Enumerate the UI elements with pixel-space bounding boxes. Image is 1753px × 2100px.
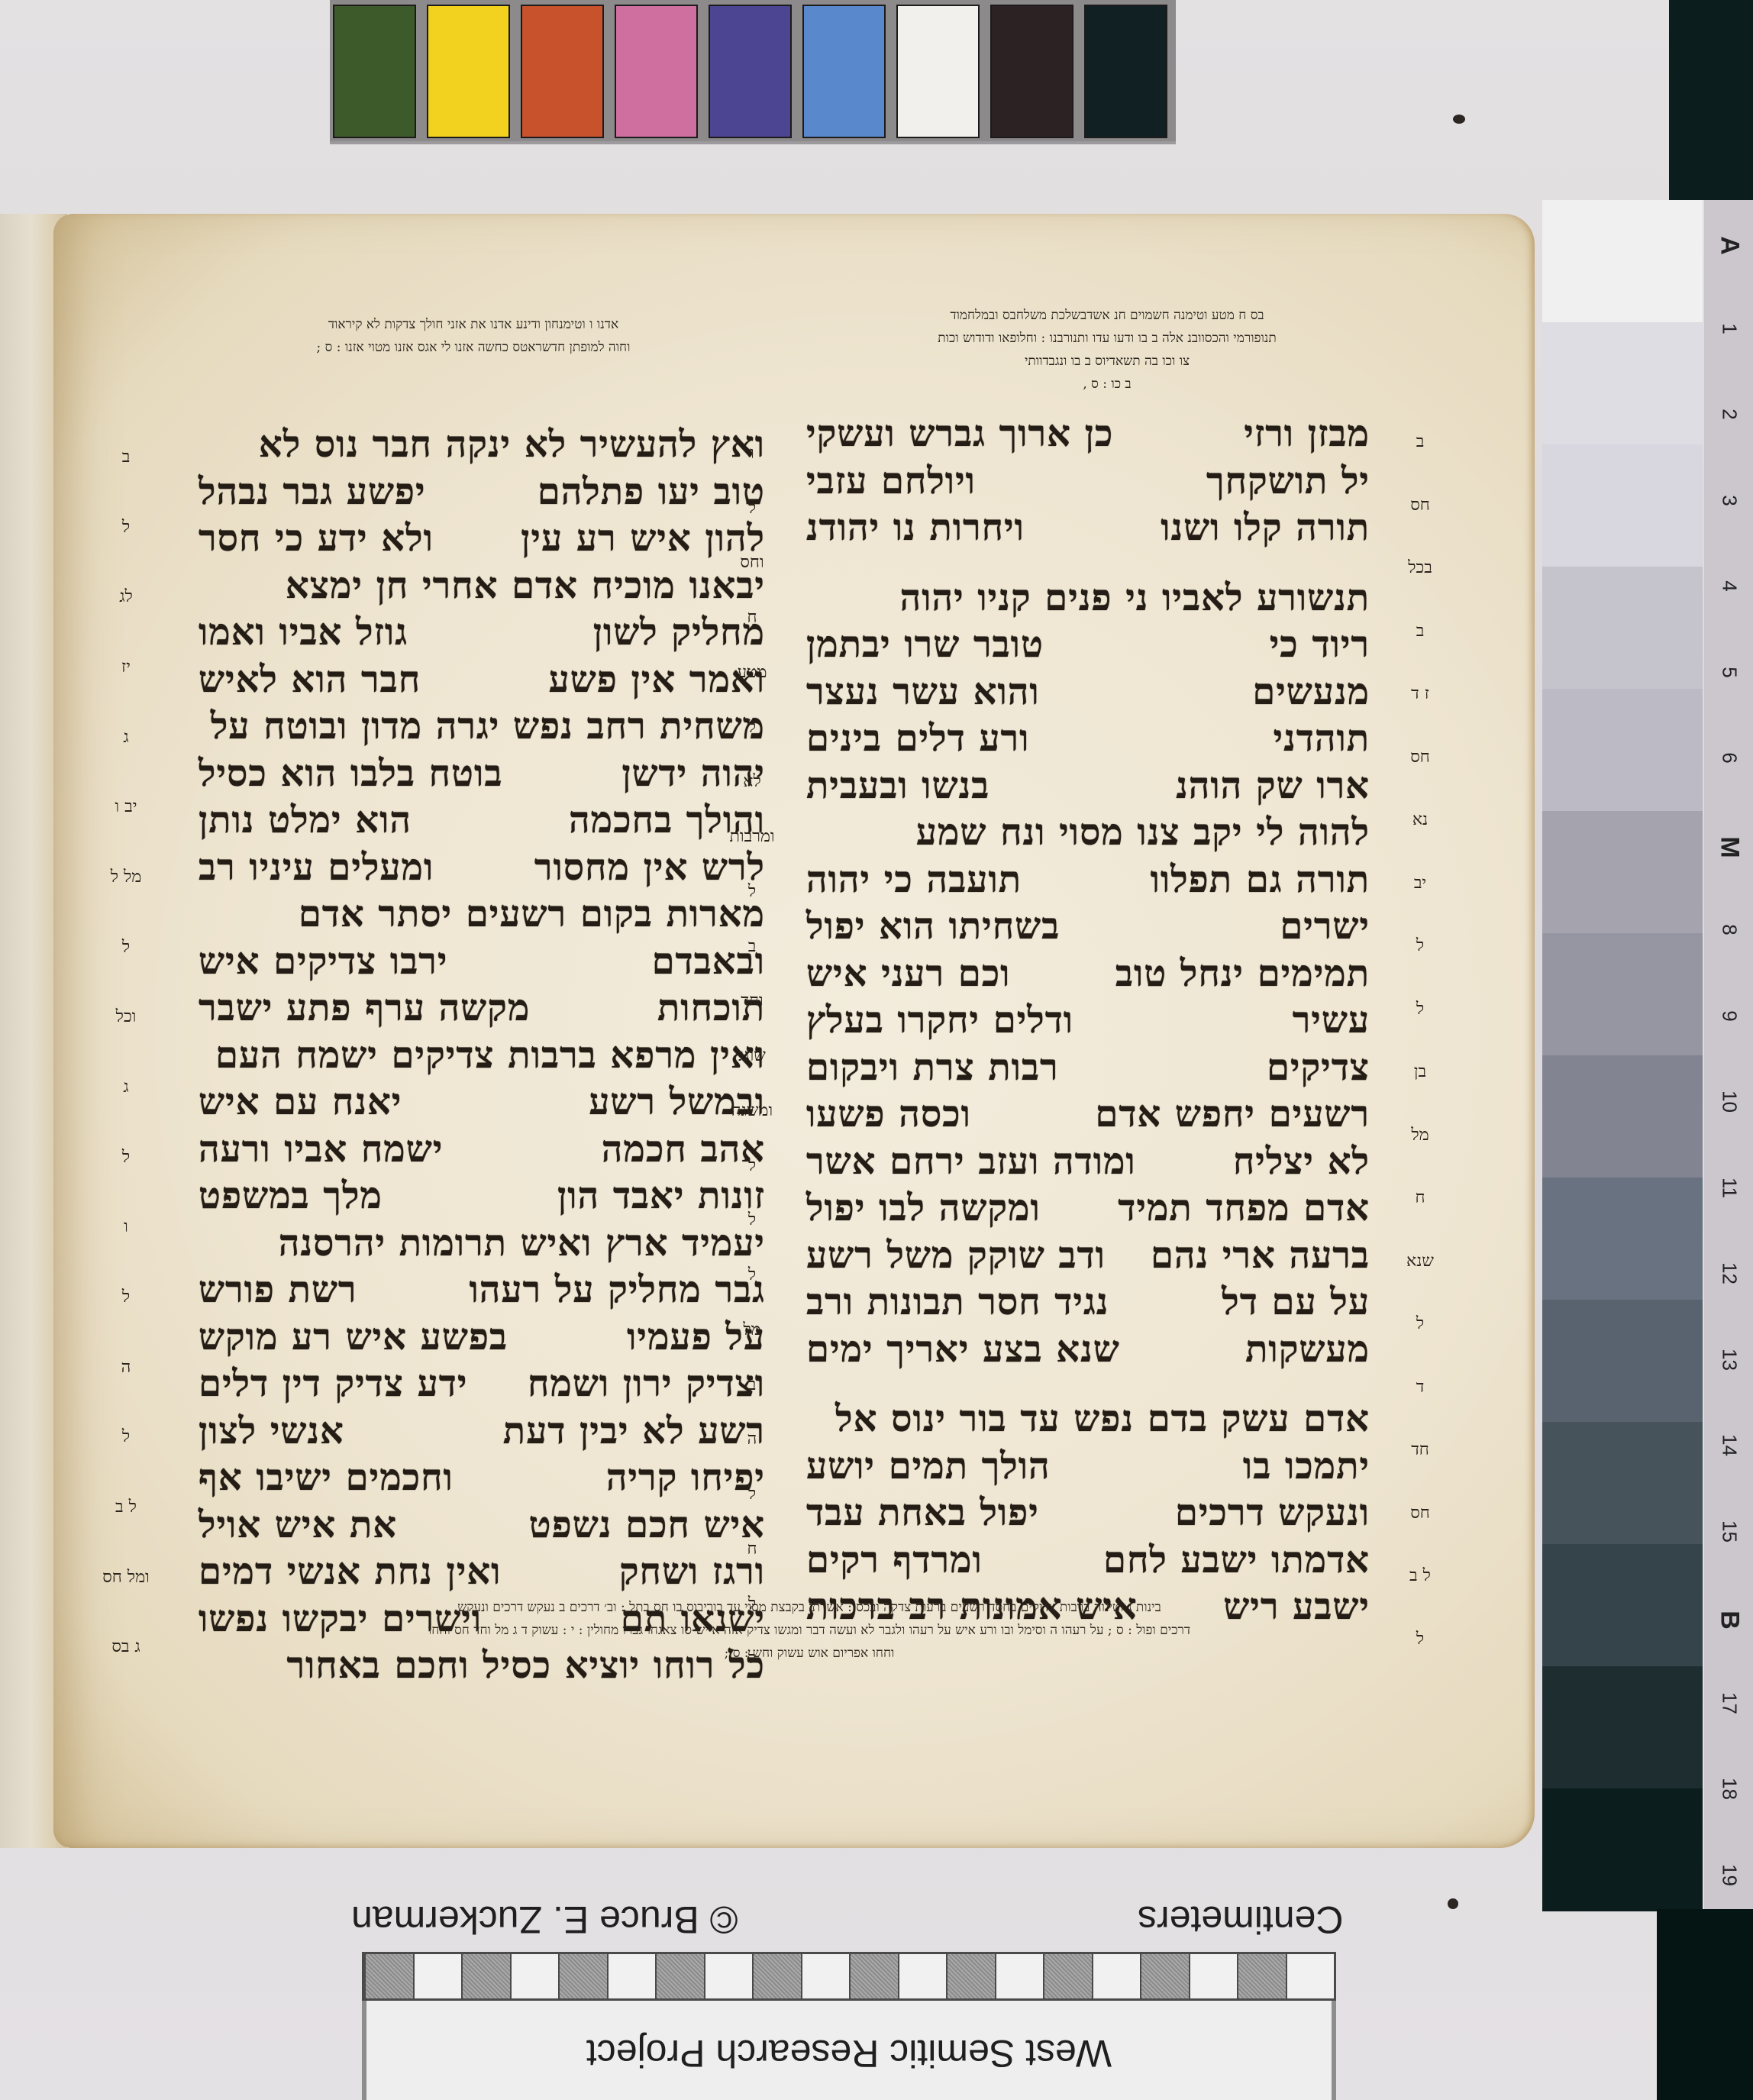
text-segment: ריוד כי: [1270, 622, 1370, 669]
marginal-note: חס: [1386, 495, 1454, 515]
scale-cell-light: [801, 1954, 850, 1998]
marginal-note: חס: [1386, 747, 1454, 767]
text-segment: ודלים יחקרו בעלץ: [806, 997, 1073, 1045]
dark-calibration-tab-bottom: [1657, 1909, 1753, 2100]
text-line: יפיחו קריהוחכמים ישיבו אף: [199, 1455, 765, 1502]
text-line: ארו שק הוהנבנשו ובעבית: [806, 763, 1370, 810]
marginal-notes-middle: ולוחסחמטעללאומרבותלבוחדשוגגומשגהלללמלבהל…: [710, 443, 794, 1703]
marginal-note: ל: [710, 881, 794, 901]
text-line: להוה לי יקב צנו מסוי ונח שמע: [806, 809, 1370, 857]
text-segment: רשעים יחפש אדם: [1095, 1091, 1370, 1139]
ruler-label: 3: [1718, 481, 1742, 519]
marginal-note: מל ל: [84, 867, 168, 887]
manuscript-page: בס ח מטע וטימנה חשמוים חנ אשדבשלכת משלחב…: [53, 214, 1535, 1848]
text-line: יבאנו מוכיח אדם אחרי חן ימצא: [199, 563, 765, 610]
text-segment: בוטח בלבו הוא כסיל: [199, 751, 502, 798]
marginal-note: וכל: [84, 1006, 168, 1026]
scale-cell-light: [898, 1954, 947, 1998]
text-line: ונעקש דרכיםיפול באחת עבד: [806, 1490, 1370, 1537]
color-swatch-yellow: [427, 5, 510, 138]
scale-cell-light: [510, 1954, 559, 1998]
text-line: מבזן ורזיכן ארוך גברש ועשקי: [806, 411, 1370, 458]
color-swatch-magenta: [615, 5, 698, 138]
text-line: ובאבדםירבו צדיקים איש: [199, 939, 765, 986]
text-segment: תנשורע לאביו ני פנים קניו יהוה: [900, 575, 1370, 622]
ruler-label: 15: [1718, 1512, 1742, 1550]
text-segment: אנשי לצון: [199, 1408, 344, 1455]
text-segment: תועבה כי יהוה: [806, 857, 1022, 904]
marginal-note: ה: [710, 1429, 794, 1449]
gray-step: [1542, 444, 1703, 567]
text-line: יתמכו בוהולך תמים יושע: [806, 1443, 1370, 1491]
text-segment: משחית רחב נפש יגרה מדון ובוטח על: [211, 703, 765, 751]
scale-cell-dark: [461, 1954, 510, 1998]
masora-line: ב כו : ס ,: [817, 373, 1397, 396]
text-segment: ומרדף רקים: [806, 1537, 983, 1585]
marginal-note: שוגג: [710, 1045, 794, 1065]
text-segment: יל תושקחך: [1206, 458, 1370, 506]
marginal-note: ב: [84, 447, 168, 467]
ruler-label: M: [1715, 828, 1745, 866]
text-segment: טובר שרו יבתמן: [806, 622, 1044, 669]
marginal-note: יב ו: [84, 796, 168, 816]
scale-cell-dark: [1237, 1954, 1286, 1998]
text-line: להון איש רע עיןולא ידע כי חסר: [199, 515, 765, 563]
text-segment: ודב שוקק משל רשע: [806, 1233, 1106, 1280]
text-line: איש חכם נשפטאת איש אויל: [199, 1502, 765, 1549]
text-line: ריוד כיטובר שרו יבתמן: [806, 622, 1370, 669]
masora-bottom: בינות ג וטינוה ברבות צדיקים בחסד רשעים ב…: [214, 1596, 1405, 1665]
text-column-right: מבזן ורזיכן ארוך גברש ועשקייל תושקחךויול…: [806, 411, 1370, 1631]
text-segment: ונעקש דרכים: [1175, 1490, 1370, 1537]
marginal-note: ג בס: [84, 1636, 168, 1656]
text-segment: מעשקות: [1245, 1326, 1370, 1374]
text-segment: וכם רעני איש: [806, 951, 1010, 998]
text-line: אהב חכמהישמח אביו ורעה: [199, 1126, 765, 1174]
ruler-label: 2: [1718, 396, 1742, 434]
text-line: אדמתו ישבע לחםומרדף רקים: [806, 1537, 1370, 1585]
marginal-note: ב: [710, 936, 794, 956]
text-line: טוב יעו פתלהםיפשע גבר נבהל: [199, 469, 765, 516]
masora-line: תנופורמי והכסוובנ אלה ב בו ודעו עדו ותנו…: [817, 327, 1397, 350]
marginal-note: ד: [1386, 1377, 1454, 1397]
scale-cell-dark: [558, 1954, 607, 1998]
text-segment: ויולחם עזבי: [806, 458, 976, 506]
text-segment: ירבו צדיקים איש: [199, 939, 447, 986]
ruler-label: 11: [1718, 1168, 1742, 1207]
grayscale-calibration-strip: [1542, 200, 1722, 1911]
marginal-note: חס: [1386, 1503, 1454, 1523]
ruler-label: 19: [1718, 1856, 1742, 1894]
text-segment: נגיד חסר תבונות ורב: [806, 1279, 1109, 1326]
color-swatch-brown-black: [990, 5, 1073, 138]
gray-step: [1542, 1055, 1703, 1178]
text-segment: על עם דל: [1222, 1279, 1370, 1326]
text-segment: מנעשים: [1252, 669, 1370, 716]
marginal-note: ל: [710, 1155, 794, 1175]
marginal-note: יב: [1386, 873, 1454, 893]
masora-top-right: בס ח מטע וטימנה חשמוים חנ אשדבשלכת משלחב…: [817, 304, 1397, 396]
marginal-notes-right: בחסבכלבז דחסנאיבללבןמלחשנאלדחדחסל בל: [1386, 431, 1454, 1691]
text-line: אדם מפחד תמידומקשה לבו יפול: [806, 1185, 1370, 1233]
text-segment: אדם עשק בדם נפש עד בור ינוס אל: [835, 1396, 1370, 1443]
masora-line: אדנו ו וטימנחון ודינע אדנו את אזני חולך …: [199, 313, 748, 336]
text-line: יל תושקחךויולחם עזבי: [806, 458, 1370, 506]
marginal-note: ח: [710, 1539, 794, 1559]
blank-line: [806, 1373, 1370, 1396]
marginal-note: ל: [84, 1147, 168, 1167]
ruler-label: 4: [1718, 567, 1742, 606]
text-segment: מקשה ערף פתע ישבר: [199, 985, 530, 1032]
masora-line: בס ח מטע וטימנה חשמוים חנ אשדבשלכת משלחב…: [817, 304, 1397, 327]
marginal-note: לג: [84, 586, 168, 606]
project-label: West Semitic Research Project: [366, 2031, 1332, 2076]
masora-line: וחחו אפריום אוש עשוק וחש : ס ;: [214, 1642, 1405, 1665]
ruler-label: 6: [1718, 739, 1742, 777]
text-line: אדם עשק בדם נפש עד בור ינוס אל: [806, 1396, 1370, 1443]
ruler-label: 10: [1718, 1083, 1742, 1121]
marginal-note: מל: [710, 1320, 794, 1339]
scale-cell-dark: [1140, 1954, 1189, 1998]
text-segment: ולא ידע כי חסר: [199, 515, 434, 563]
text-line: תורה קלו ושנוויחרות נו יהודנ: [806, 505, 1370, 552]
text-segment: בשחיתו הוא יפול: [806, 903, 1060, 951]
project-label-box: West Semitic Research Project: [362, 2001, 1336, 2100]
scale-cell-light: [1189, 1954, 1238, 1998]
text-segment: ויחרות נו יהודנ: [806, 505, 1025, 552]
marginal-note: ל: [84, 517, 168, 537]
marginal-note: ל: [710, 1210, 794, 1229]
text-segment: ארו שק הוהנ: [1176, 763, 1370, 810]
text-segment: יפשע גבר נבהל: [199, 469, 426, 516]
ruler-label: A: [1715, 227, 1745, 265]
gray-step: [1542, 1666, 1703, 1789]
text-segment: רבות צרת ויבקום: [806, 1045, 1059, 1092]
dark-calibration-tab-top: [1669, 0, 1753, 200]
dust-speck: [1448, 1898, 1458, 1909]
scale-cell-dark: [364, 1954, 413, 1998]
marginal-note: מטע: [710, 662, 794, 682]
marginal-notes-left: בללגיזגיב ומל ללוכלגלולהלל בומל חסג בס: [84, 447, 168, 1707]
marginal-note: וחד: [710, 990, 794, 1010]
marginal-note: מל: [1386, 1125, 1454, 1145]
marginal-note: ו: [710, 443, 794, 463]
ruler-label: 8: [1718, 911, 1742, 949]
gray-step: [1542, 1178, 1703, 1300]
gray-step: [1542, 1544, 1703, 1667]
copyright-label: © Bruce E. Zuckerman: [351, 1898, 738, 1942]
text-segment: ומודה ועזב ירחם אשר: [806, 1139, 1136, 1186]
gray-step: [1542, 1422, 1703, 1545]
text-segment: אדם מפחד תמיד: [1118, 1185, 1370, 1233]
text-line: וצדיק ירון ושמחידע צדיק דין דלים: [199, 1361, 765, 1408]
text-segment: מבזן ורזי: [1244, 411, 1370, 458]
ruler-label: 17: [1718, 1684, 1742, 1722]
text-segment: יעמיד ארץ ואיש תרומות יהרסנה: [279, 1220, 765, 1268]
text-segment: הולך תמים יושע: [806, 1443, 1051, 1491]
gray-step: [1542, 1300, 1703, 1423]
text-segment: להוה לי יקב צנו מסוי ונח שמע: [916, 809, 1370, 857]
text-segment: תוהדני: [1274, 716, 1370, 763]
text-line: מארות בקום רשעים יסתר אדם: [199, 891, 765, 939]
marginal-note: ב: [710, 1375, 794, 1394]
scale-label-strip: Centimeters © Bruce E. Zuckerman: [351, 1898, 1344, 1959]
masora-line: בינות ג וטינוה ברבות צדיקים בחסד רשעים ב…: [214, 1596, 1405, 1619]
marginal-note: ל: [710, 1484, 794, 1504]
masora-line: צו וכו בה תשאדיוס ב בו ונגבדוותי: [817, 350, 1397, 373]
marginal-note: לא: [710, 771, 794, 791]
text-segment: מלך במשפט: [199, 1173, 383, 1220]
gray-step: [1542, 1788, 1703, 1911]
scale-cell-light: [995, 1954, 1044, 1998]
text-line: זונות יאבד הוןמלך במשפט: [199, 1173, 765, 1220]
marginal-note: ח: [1386, 1187, 1454, 1207]
marginal-note: ל: [84, 1426, 168, 1446]
text-segment: וחכמים ישיבו אף: [199, 1455, 454, 1502]
text-segment: והוא עשר נעצר: [806, 669, 1040, 716]
marginal-note: ומל חס: [84, 1567, 168, 1587]
marginal-note: שנא: [1386, 1251, 1454, 1271]
text-line: ובמשל רשעיאנח עם איש: [199, 1079, 765, 1126]
scale-cell-light: [1286, 1954, 1335, 1998]
text-line: מעשקותשנא בצע יאריך ימים: [806, 1326, 1370, 1374]
marginal-note: ל: [710, 717, 794, 737]
text-line: על פעמיובפשע איש רע מוקש: [199, 1314, 765, 1362]
gray-step: [1542, 689, 1703, 812]
text-segment: גוזל אביו ואמו: [199, 609, 408, 657]
marginal-note: ג: [84, 1077, 168, 1097]
text-segment: רשת פורש: [199, 1267, 357, 1314]
text-segment: יבאנו מוכיח אדם אחרי חן ימצא: [286, 563, 765, 610]
text-segment: ומקשה לבו יפול: [806, 1185, 1041, 1233]
text-line: ואץ להעשיר לא ינקה חבר נוס לא: [199, 422, 765, 469]
ruler-label: B: [1715, 1601, 1745, 1640]
gray-step: [1542, 200, 1703, 323]
ruler-label: 13: [1718, 1340, 1742, 1378]
text-segment: לא יצליח: [1233, 1139, 1370, 1186]
text-line: צדיקיםרבות צרת ויבקום: [806, 1045, 1370, 1092]
marginal-note: וחס: [710, 552, 794, 572]
color-swatch-blue: [802, 5, 886, 138]
text-segment: ומעלים עיניו רב: [199, 845, 434, 892]
color-swatch-violet: [709, 5, 792, 138]
color-swatch-green: [333, 5, 416, 138]
text-line: יעמיד ארץ ואיש תרומות יהרסנה: [199, 1220, 765, 1268]
text-line: והולך בחכמההוא ימלט נותן: [199, 797, 765, 845]
marginal-note: בן: [1386, 1061, 1454, 1081]
scale-cell-light: [704, 1954, 753, 1998]
text-segment: יאנח עם איש: [199, 1079, 402, 1126]
text-segment: כן ארוך גברש ועשקי: [806, 411, 1113, 458]
text-segment: ואץ להעשיר לא ינקה חבר נוס לא: [259, 422, 765, 469]
masora-top-left: אדנו ו וטימנחון ודינע אדנו את אזני חולך …: [199, 313, 748, 359]
text-segment: ישרים: [1280, 903, 1370, 951]
text-line: על עם דלנגיד חסר תבונות ורב: [806, 1279, 1370, 1326]
ruler-label: 18: [1718, 1770, 1742, 1808]
color-calibration-chart: [330, 0, 1176, 144]
text-segment: בנשו ובעבית: [806, 763, 989, 810]
text-line: ורגז ושחקואין נחת אנשי דמים: [199, 1549, 765, 1596]
marginal-note: ל ב: [84, 1497, 168, 1517]
text-line: גבר מחליק על רעהורשת פורש: [199, 1267, 765, 1314]
text-line: לרש אין מחסורומעלים עיניו רב: [199, 845, 765, 892]
text-segment: תמימים ינחל טוב: [1115, 951, 1370, 998]
ruler-label: 1: [1718, 309, 1742, 347]
gray-step: [1542, 933, 1703, 1056]
scale-cell-dark: [752, 1954, 801, 1998]
marginal-note: ל: [710, 498, 794, 518]
text-segment: הוא ימלט נותן: [199, 797, 412, 845]
text-line: רשעים יחפש אדםוכסה פשעו: [806, 1091, 1370, 1139]
marginal-note: ל: [1386, 1313, 1454, 1333]
text-line: תמימים ינחל טובוכם רעני איש: [806, 951, 1370, 998]
text-segment: תורה גם תפלוו: [1151, 857, 1370, 904]
gray-step: [1542, 322, 1703, 445]
marginal-note: נא: [1386, 809, 1454, 829]
text-line: מנעשיםוהוא עשר נעצר: [806, 669, 1370, 716]
color-swatch-white: [896, 5, 980, 138]
text-line: ואמר אין פשעחבר הוא לאיש: [199, 657, 765, 704]
text-segment: עשיר: [1293, 997, 1370, 1045]
scale-bar: [362, 1952, 1336, 2001]
marginal-note: ה: [84, 1357, 168, 1377]
marginal-note: ל: [84, 937, 168, 957]
text-segment: צדיקים: [1267, 1045, 1370, 1092]
text-segment: אדמתו ישבע לחם: [1103, 1537, 1370, 1585]
text-segment: יפול באחת עבד: [806, 1490, 1039, 1537]
text-segment: ישמח אביו ורעה: [199, 1126, 443, 1174]
marginal-note: יז: [84, 657, 168, 677]
ruler-label: 9: [1718, 997, 1742, 1035]
text-line: ואין מרפא ברבות צדיקים ישמח העם: [199, 1032, 765, 1080]
text-line: מחליק לשוןגוזל אביו ואמו: [199, 609, 765, 657]
text-line: רשע לא יבין דעתאנשי לצון: [199, 1408, 765, 1455]
marginal-note: ו: [84, 1216, 168, 1236]
marginal-note: ל ב: [1386, 1565, 1454, 1585]
text-segment: וכסה פשעו: [806, 1091, 971, 1139]
scale-cell-light: [413, 1954, 462, 1998]
color-swatch-red: [521, 5, 604, 138]
scale-cell-dark: [1043, 1954, 1092, 1998]
masora-line: דרכים ופול : ס ; על רעהו ה וסימל ובו ורע…: [214, 1619, 1405, 1642]
scale-cell-dark: [655, 1954, 704, 1998]
gray-step: [1542, 567, 1703, 690]
scale-cell-dark: [946, 1954, 995, 1998]
text-segment: שנא בצע יאריך ימים: [806, 1326, 1120, 1374]
marginal-note: ב: [1386, 621, 1454, 641]
text-line: תוכחותמקשה ערף פתע ישבר: [199, 985, 765, 1032]
marginal-note: חד: [1386, 1439, 1454, 1459]
scale-cell-light: [1092, 1954, 1141, 1998]
marginal-note: ב: [1386, 431, 1454, 451]
text-line: תוהדניורע דלים בינים: [806, 716, 1370, 763]
blank-line: [806, 552, 1370, 575]
marginal-note: ח: [710, 607, 794, 627]
ruler-label: 12: [1718, 1255, 1742, 1293]
text-segment: ורע דלים בינים: [806, 716, 1029, 763]
marginal-note: ל: [84, 1287, 168, 1307]
text-column-left: ואץ להעשיר לא ינקה חבר נוס לאטוב יעו פתל…: [199, 422, 765, 1690]
ruler-label: 14: [1718, 1426, 1742, 1465]
marginal-note: בכל: [1386, 557, 1454, 577]
text-segment: ברעה ארי נהם: [1151, 1233, 1370, 1280]
text-segment: חבר הוא לאיש: [199, 657, 421, 704]
text-segment: ידע צדיק דין דלים: [199, 1361, 467, 1408]
dust-speck: [1453, 115, 1465, 124]
marginal-note: ומשגה: [710, 1100, 794, 1120]
text-segment: ואין מרפא ברבות צדיקים ישמח העם: [215, 1032, 765, 1080]
masora-line: וחוה למופתן חדשראטס כחשה אזנו לי אגס אזנ…: [199, 336, 748, 359]
ruler-label: 5: [1718, 653, 1742, 691]
text-line: תנשורע לאביו ני פנים קניו יהוה: [806, 575, 1370, 622]
marginal-note: ומרבות: [710, 826, 794, 846]
color-swatch-black: [1084, 5, 1167, 138]
marginal-note: ל: [710, 1265, 794, 1284]
marginal-note: ג: [84, 727, 168, 747]
centimeters-label: Centimeters: [1138, 1898, 1344, 1942]
text-segment: בפשע איש רע מוקש: [199, 1314, 508, 1362]
text-segment: תורה קלו ושנו: [1161, 505, 1370, 552]
marginal-note: ז ד: [1386, 683, 1454, 703]
text-segment: מארות בקום רשעים יסתר אדם: [299, 891, 765, 939]
text-line: עשירודלים יחקרו בעלץ: [806, 997, 1370, 1045]
text-line: תורה גם תפלוותועבה כי יהוה: [806, 857, 1370, 904]
gray-step: [1542, 811, 1703, 934]
scale-cell-light: [607, 1954, 656, 1998]
marginal-note: ל: [1386, 999, 1454, 1019]
text-line: ישריםבשחיתו הוא יפול: [806, 903, 1370, 951]
text-line: יהוה ידשןבוטח בלבו הוא כסיל: [199, 751, 765, 798]
marginal-note: ל: [1386, 935, 1454, 955]
text-line: משחית רחב נפש יגרה מדון ובוטח על: [199, 703, 765, 751]
text-line: ברעה ארי נהםודב שוקק משל רשע: [806, 1233, 1370, 1280]
text-line: לא יצליחומודה ועזב ירחם אשר: [806, 1139, 1370, 1186]
text-segment: יתמכו בו: [1243, 1443, 1370, 1491]
text-segment: ואין נחת אנשי דמים: [199, 1549, 501, 1596]
scale-cell-dark: [849, 1954, 898, 1998]
centimeter-ruler: A123456M89101112131415B171819: [1704, 200, 1753, 1911]
text-segment: את איש אויל: [199, 1502, 397, 1549]
